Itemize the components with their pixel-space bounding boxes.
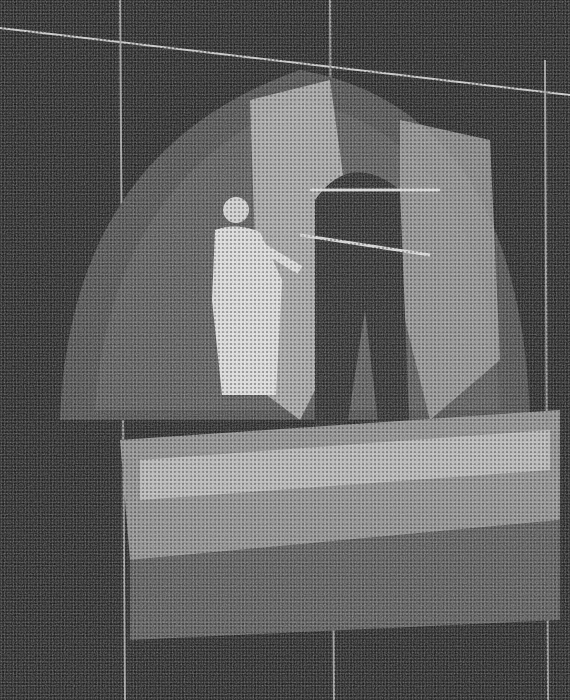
photograph (0, 0, 570, 700)
kiln-scene (0, 0, 570, 700)
